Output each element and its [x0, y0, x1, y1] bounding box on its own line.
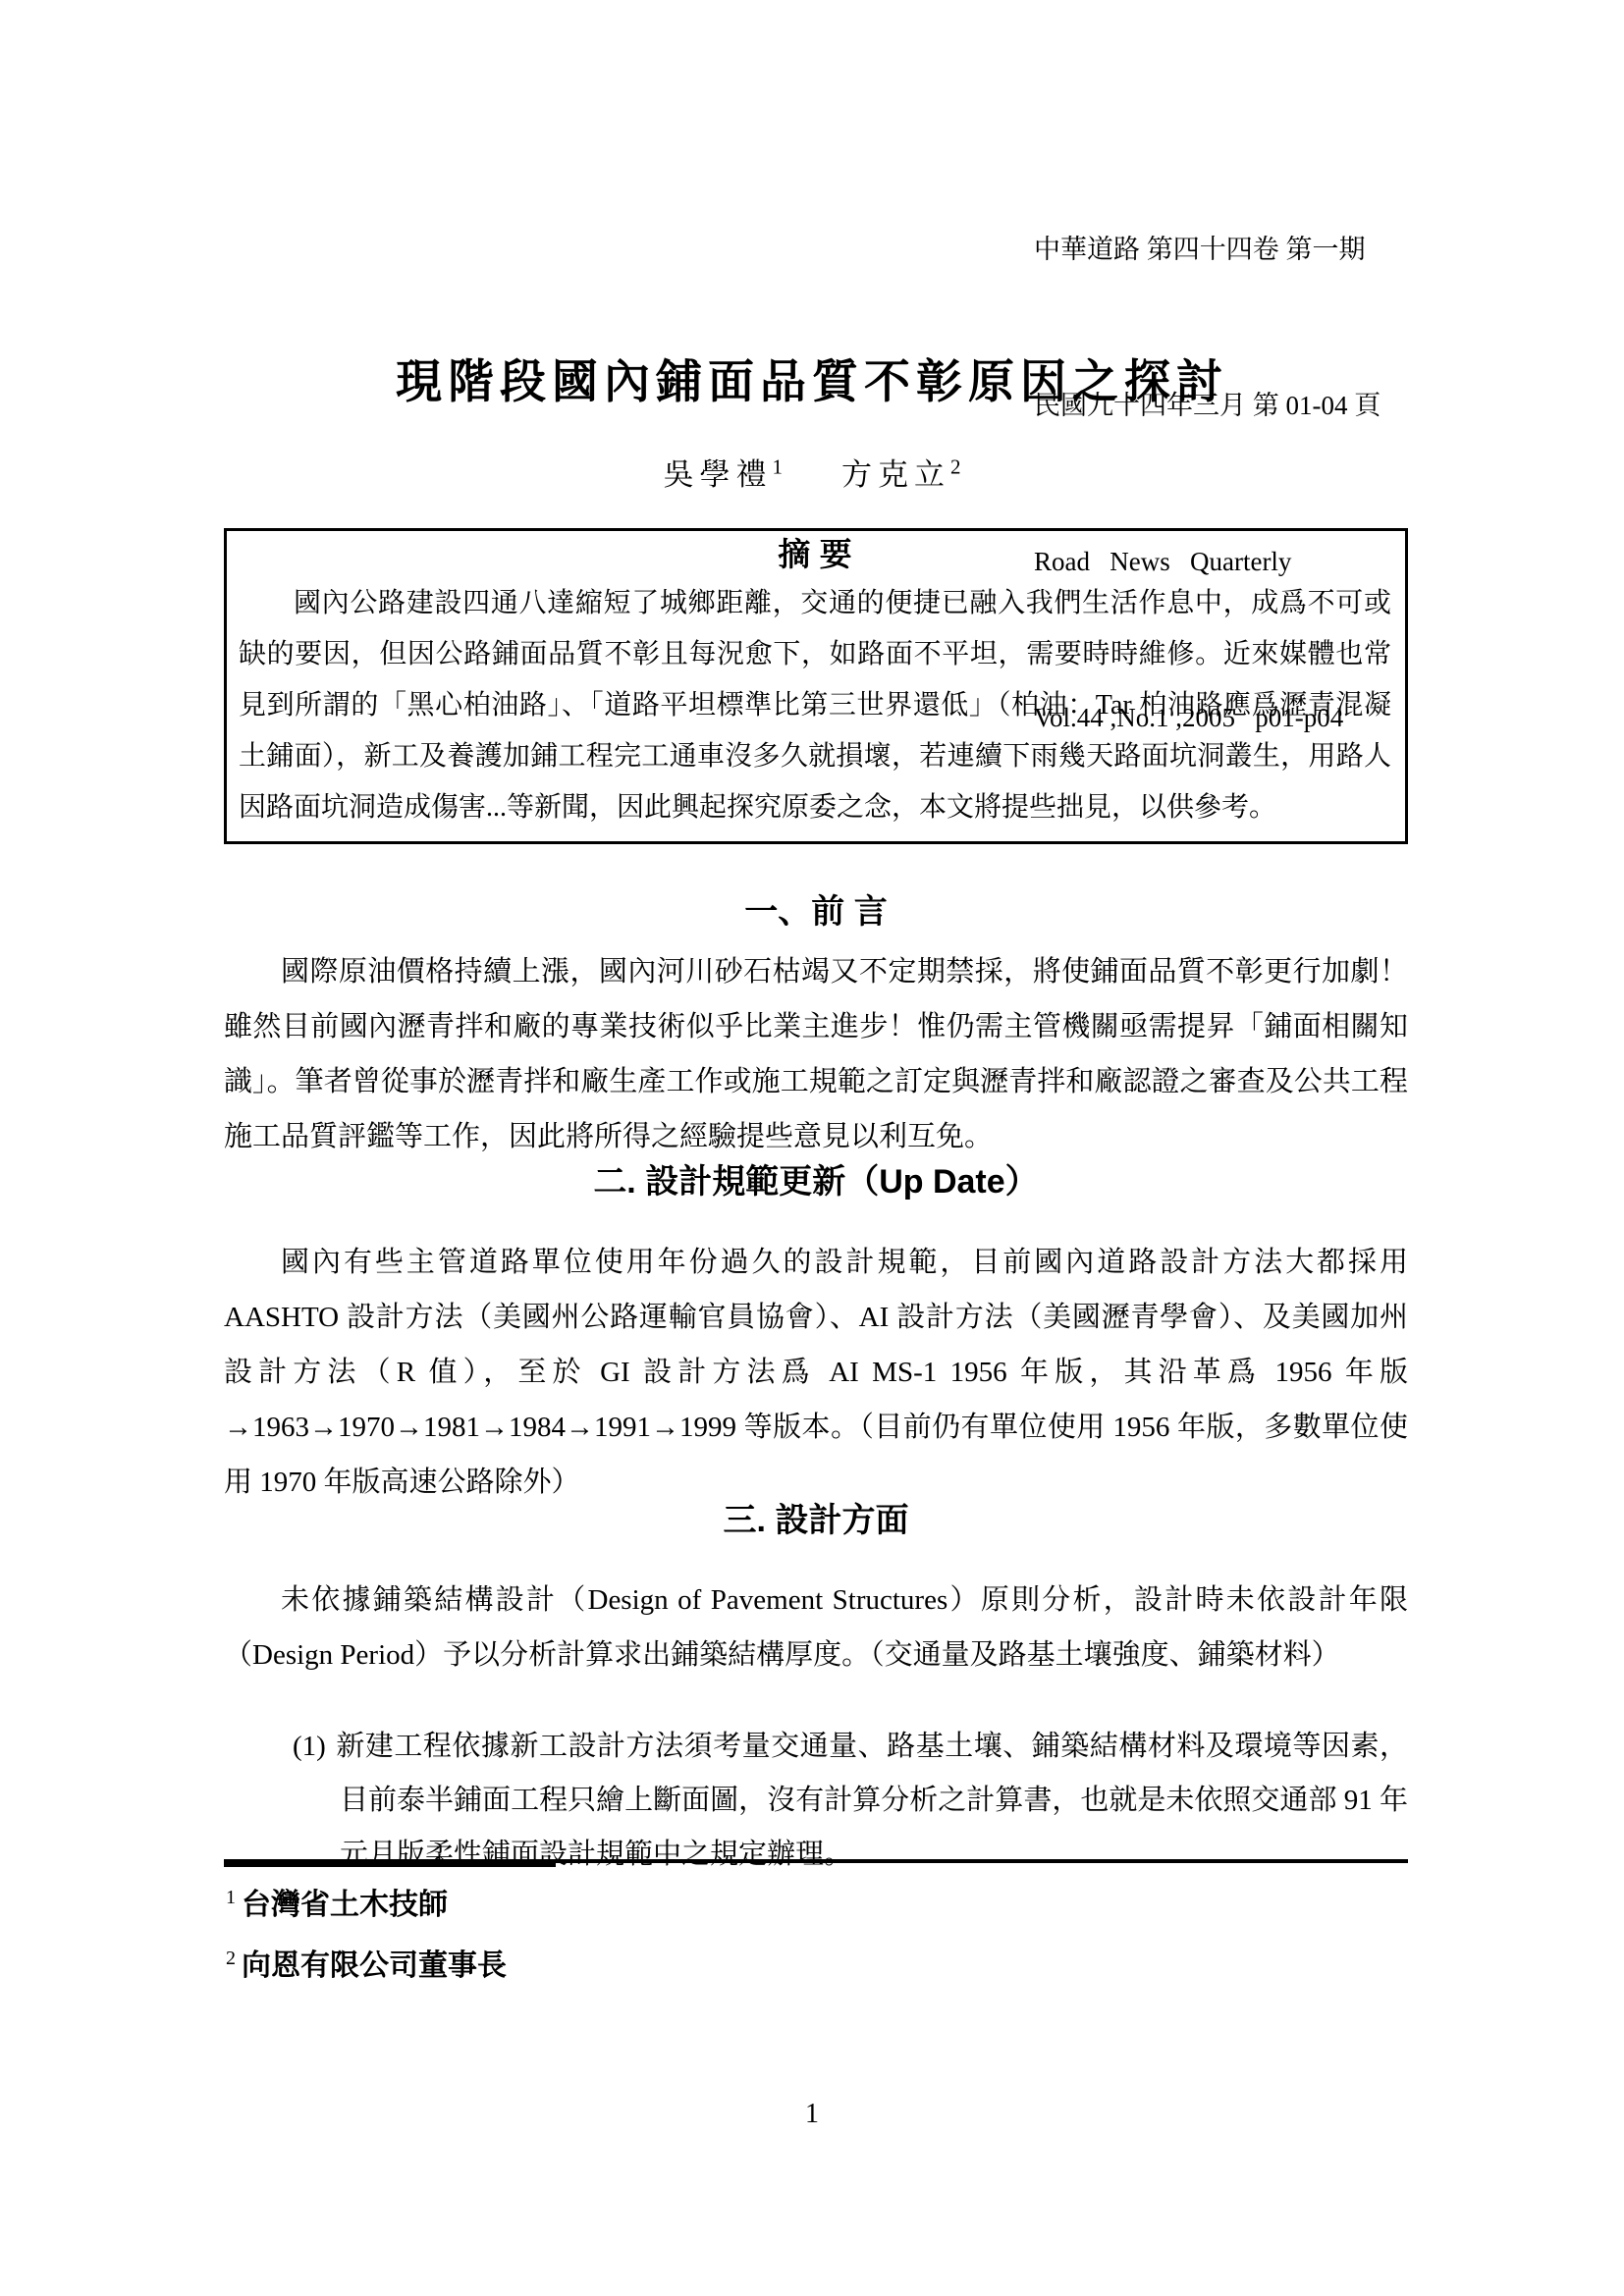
footnote-1: 1台灣省土木技師 — [226, 1871, 1410, 1932]
authors-line: 吳學禮1方克立2 — [0, 450, 1624, 494]
abstract-box: 摘 要 國內公路建設四通八達縮短了城鄉距離，交通的便捷已融入我們生活作息中，成爲… — [224, 528, 1408, 844]
abstract-heading: 摘 要 — [239, 535, 1391, 574]
footnote-1-ref: 1 — [226, 1887, 242, 1908]
author-name-1: 吳學禮 — [664, 457, 773, 492]
footnote-1-text: 台灣省土木技師 — [242, 1889, 448, 1921]
author-footnote-ref-2: 2 — [950, 455, 961, 479]
list-item-text: 新建工程依據新工設計方法須考量交通量、路基土壤、鋪築結構材料及環境等因素，目前泰… — [336, 1731, 1408, 1870]
footnotes-block: 1台灣省土木技師 2向恩有限公司董事長 — [226, 1871, 1410, 1993]
section-1-paragraph: 國際原油價格持續上漲，國內河川砂石枯竭又不定期禁採，將使鋪面品質不彰更行加劇！雖… — [224, 944, 1408, 1164]
footnote-2-ref: 2 — [226, 1948, 242, 1969]
section-2-paragraph: 國內有些主管道路單位使用年份過久的設計規範，目前國內道路設計方法大都採用 AAS… — [224, 1235, 1408, 1510]
list-item-marker: (1) — [293, 1731, 336, 1762]
journal-header-line-1: 中華道路 第四十四卷 第一期 — [1034, 224, 1380, 276]
document-page: 中華道路 第四十四卷 第一期 民國九十四年三月 第 01-04 頁 Road N… — [0, 0, 1624, 2296]
author-name-2: 方克立 — [841, 457, 950, 492]
footnote-2: 2向恩有限公司董事長 — [226, 1932, 1410, 1993]
section-3-heading: 三. 設計方面 — [224, 1500, 1408, 1541]
page-number: 1 — [0, 2099, 1624, 2130]
abstract-body: 國內公路建設四通八達縮短了城鄉距離，交通的便捷已融入我們生活作息中，成爲不可或缺… — [239, 578, 1391, 833]
paper-title: 現階段國內鋪面品質不彰原因之探討 — [0, 346, 1624, 411]
section-2-heading: 二. 設計規範更新（Up Date） — [224, 1161, 1408, 1202]
footnote-separator-left-segment — [224, 1863, 556, 1867]
list-item-1: (1)新建工程依據新工設計方法須考量交通量、路基土壤、鋪築結構材料及環境等因素，… — [293, 1720, 1408, 1882]
footnote-2-text: 向恩有限公司董事長 — [242, 1949, 507, 1982]
section-3-paragraph: 未依據鋪築結構設計（Design of Pavement Structures）… — [224, 1573, 1408, 1682]
author-footnote-ref-1: 1 — [773, 455, 784, 479]
section-1-heading: 一、前 言 — [224, 891, 1408, 933]
